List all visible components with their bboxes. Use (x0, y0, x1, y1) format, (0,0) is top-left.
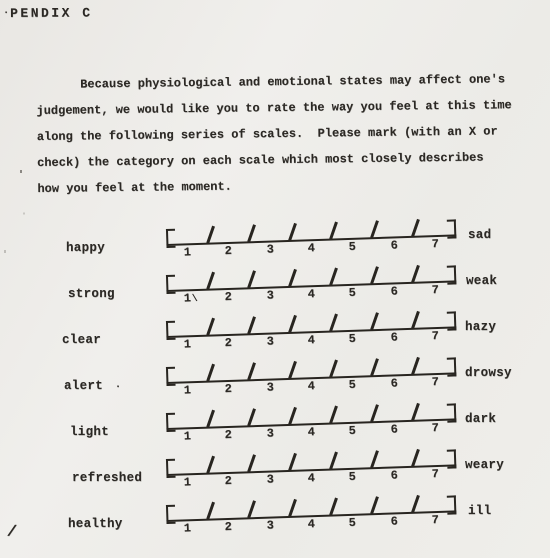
scale-number: 4 (307, 517, 315, 531)
scale-number: 1 (183, 521, 191, 535)
scale-number: 7 (431, 513, 439, 527)
appendix-title-text: PENDIX C (10, 5, 93, 21)
tick-mark (411, 403, 419, 421)
scale-number: 3 (266, 380, 274, 394)
scale-right-label-drowsy: drowsy (465, 366, 512, 380)
scale-number: 7 (431, 467, 439, 481)
tick-mark (247, 408, 255, 426)
scale-left-label-refreshed: refreshed (72, 471, 142, 485)
scale-number: 4 (307, 379, 315, 393)
tick-mark (411, 357, 419, 375)
scale-track-strong-weak[interactable]: 1 \ 2 3 4 5 6 7 (166, 261, 457, 307)
scale-track-clear-hazy[interactable]: 1 2 3 4 5 6 7 (166, 307, 457, 353)
scale-number: 3 (266, 472, 274, 486)
scale-left-label-light: light (70, 425, 109, 439)
scale-number: 7 (431, 237, 439, 251)
scale-track-light-dark[interactable]: 1 2 3 4 5 6 7 (166, 399, 457, 445)
scale-number: 4 (307, 471, 315, 485)
tick-mark (329, 406, 337, 424)
scale-left-label-healthy: healthy (68, 517, 123, 531)
tick-mark (411, 495, 419, 513)
scale-number: 6 (390, 468, 398, 482)
tick-mark (288, 269, 296, 287)
scale-number: 6 (390, 514, 398, 528)
tick-mark (247, 500, 255, 518)
scale-number: 6 (390, 238, 398, 252)
scale-number: 5 (348, 332, 356, 346)
scale-left-label-happy: happy (66, 241, 105, 255)
scale-track-refreshed-weary[interactable]: 1 2 3 4 5 6 7 (166, 445, 457, 491)
tick-mark (329, 360, 337, 378)
tick-mark (206, 410, 214, 428)
scale-number: 6 (390, 376, 398, 390)
scale-right-label-ill: ill (468, 504, 491, 518)
scale-right-label-weak: weak (466, 274, 497, 288)
tick-mark (288, 223, 296, 241)
scale-number: 7 (431, 283, 439, 297)
scale-number: 2 (224, 428, 232, 442)
tick-mark (329, 498, 337, 516)
tick-mark (411, 449, 419, 467)
tick-mark (370, 220, 378, 238)
tick-mark (370, 266, 378, 284)
tick-mark (206, 272, 214, 290)
tick-mark (247, 362, 255, 380)
scale-number: 4 (307, 333, 315, 347)
scale-number: 5 (348, 516, 356, 530)
scale-right-label-weary: weary (465, 458, 504, 472)
scale-number: 1 (183, 337, 191, 351)
tick-mark (329, 314, 337, 332)
tick-mark (411, 311, 419, 329)
scale-number: 4 (307, 287, 315, 301)
scale-number: 2 (224, 474, 232, 488)
scale-number: 2 (224, 244, 232, 258)
tick-mark (206, 456, 214, 474)
page-title: ·PENDIX C (3, 5, 93, 21)
scale-number: 1 (183, 475, 191, 489)
scale-number: 2 (224, 290, 232, 304)
tick-mark (370, 450, 378, 468)
tick-mark (370, 312, 378, 330)
scale-number: 7 (431, 421, 439, 435)
scale-track-happy-sad[interactable]: 1 2 3 4 5 6 7 (166, 215, 457, 261)
tick-mark (288, 407, 296, 425)
scale-number: 5 (348, 286, 356, 300)
scale-number: 5 (348, 240, 356, 254)
scale-number: 1 (183, 245, 191, 259)
tick-mark (247, 270, 255, 288)
tick-mark (206, 318, 214, 336)
scale-track-alert-drowsy[interactable]: 1 2 3 4 5 6 7 (166, 353, 457, 399)
scale-number: 3 (266, 518, 274, 532)
scale-number: 3 (266, 242, 274, 256)
scale-number: 1 (183, 291, 191, 305)
scale-number: 5 (348, 378, 356, 392)
stray-dot: · (115, 382, 121, 393)
scale-number: 6 (390, 422, 398, 436)
tick-mark (370, 496, 378, 514)
scale-right-label-dark: dark (465, 412, 496, 426)
instructions-line: how you feel at the moment. (37, 170, 523, 202)
stray-pencil-mark: \ (192, 294, 198, 305)
scale-number: 3 (266, 426, 274, 440)
scale-left-label-clear: clear (62, 333, 101, 347)
scale-number: 7 (431, 375, 439, 389)
tick-mark (288, 315, 296, 333)
scanned-questionnaire-page: ·PENDIX C Because physiological and emot… (0, 0, 550, 558)
scale-number: 3 (266, 334, 274, 348)
scale-right-label-sad: sad (468, 228, 491, 242)
tick-mark (247, 224, 255, 242)
scale-number: 2 (224, 382, 232, 396)
tick-mark (288, 453, 296, 471)
scan-speck (20, 170, 22, 173)
tick-mark (247, 454, 255, 472)
scale-number: 3 (266, 288, 274, 302)
scale-track-healthy-ill[interactable]: 1 2 3 4 5 6 7 (166, 491, 457, 537)
tick-mark (411, 219, 419, 237)
tick-mark (288, 361, 296, 379)
tick-mark (329, 222, 337, 240)
scale-left-label-strong: strong (68, 287, 115, 301)
stray-slash-mark: / (6, 523, 17, 542)
tick-mark (206, 502, 214, 520)
scale-number: 6 (390, 330, 398, 344)
tick-mark (329, 268, 337, 286)
scale-right-label-hazy: hazy (465, 320, 496, 334)
scale-number: 1 (183, 429, 191, 443)
instructions-paragraph: Because physiological and emotional stat… (36, 66, 524, 202)
scale-number: 6 (390, 284, 398, 298)
scale-number: 5 (348, 470, 356, 484)
tick-mark (370, 358, 378, 376)
tick-mark (329, 452, 337, 470)
scale-number: 5 (348, 424, 356, 438)
scale-number: 2 (224, 520, 232, 534)
tick-mark (370, 404, 378, 422)
tick-mark (247, 316, 255, 334)
scale-number: 2 (224, 336, 232, 350)
scale-number: 7 (431, 329, 439, 343)
scale-number: 1 (183, 383, 191, 397)
scale-left-label-alert: alert (64, 379, 103, 393)
tick-mark (206, 364, 214, 382)
scale-number: 4 (307, 241, 315, 255)
scale-number: 4 (307, 425, 315, 439)
tick-mark (206, 226, 214, 244)
scan-artifact-dot: · (3, 8, 9, 19)
tick-mark (411, 265, 419, 283)
tick-mark (288, 499, 296, 517)
